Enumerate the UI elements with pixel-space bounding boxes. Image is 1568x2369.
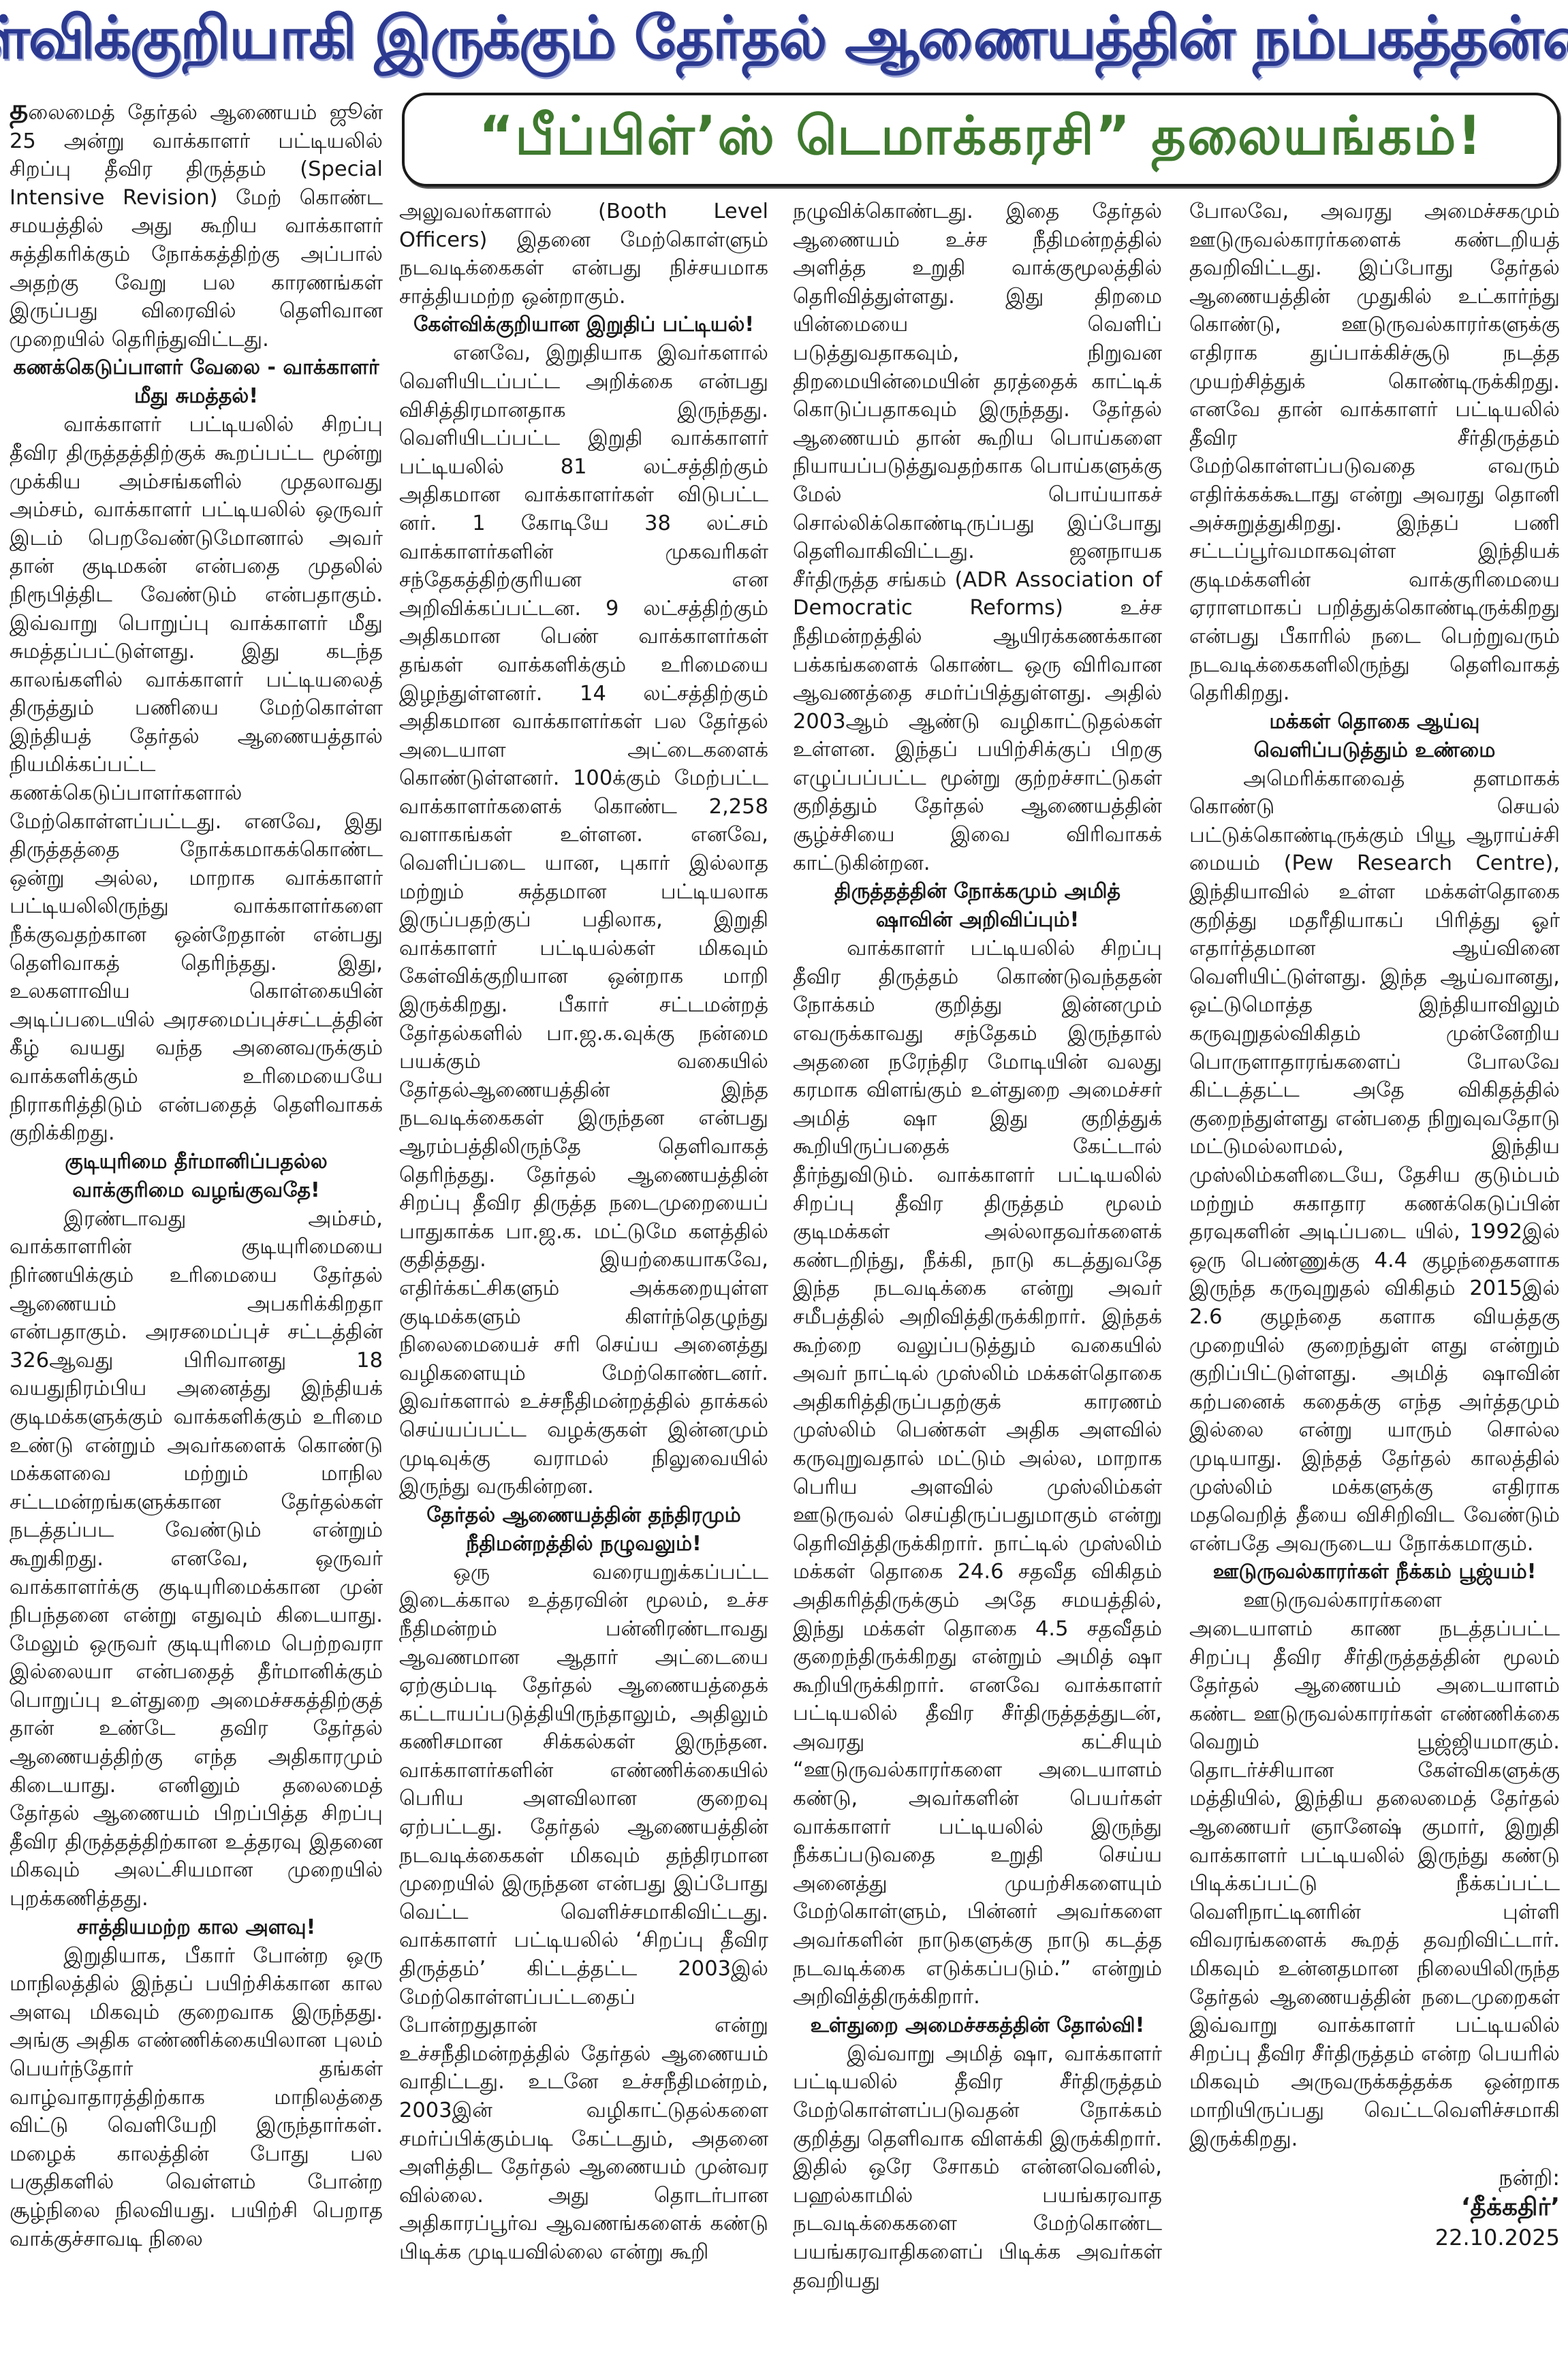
body-paragraph: இறுதியாக, பீகார் போன்ற ஒரு மாநிலத்தில் இ…: [10, 1942, 383, 2254]
section-heading: சாத்தியமற்ற கால அளவு!: [10, 1913, 383, 1942]
body-paragraph: அமெரிக்காவைத் தளமாகக் கொண்டு செயல் பட்டு…: [1189, 765, 1560, 1558]
section-heading: ஊடுருவல்காரர்கள் நீக்கம் பூஜ்யம்!: [1189, 1558, 1560, 1586]
body-paragraph-continued: அலுவலர்களால் (Booth Level Officers) இதனை…: [399, 198, 768, 311]
credit-source: ‘தீக்கதிர்’: [1189, 2193, 1560, 2223]
lead-paragraph: தலைமைத் தேர்தல் ஆணையம் ஜூன் 25 அன்று வாக…: [10, 95, 383, 354]
section-heading: திருத்தத்தின் நோக்கமும் அமித் ஷாவின் அறி…: [793, 877, 1162, 935]
section-heading: உள்துறை அமைச்சகத்தின் தோல்வி!: [793, 2011, 1162, 2040]
body-paragraph: ஊடுருவல்காரர்களை அடையாளம் காண நடத்தப்பட்…: [1189, 1586, 1560, 2153]
body-paragraph: வாக்காளர் பட்டியலில் சிறப்பு தீவிர திருத…: [10, 411, 383, 1147]
section-heading: கேள்விக்குறியான இறுதிப் பட்டியல்!: [399, 311, 768, 339]
section-heading: குடியுரிமை தீர்மானிப்பதல்ல வாக்குரிமை வழ…: [10, 1148, 383, 1205]
section-heading: மக்கள் தொகை ஆய்வு வெளிப்படுத்தும் உண்மை: [1189, 708, 1560, 765]
article-column-2: அலுவலர்களால் (Booth Level Officers) இதனை…: [399, 198, 768, 2267]
credit-date: 22.10.2025: [1189, 2223, 1560, 2253]
body-paragraph: இவ்வாறு அமித் ஷா, வாக்காளர் பட்டியலில் த…: [793, 2040, 1162, 2295]
article-column-4: போலவே, அவரது அமைச்சகமும் ஊடுருவல்காரர்கள…: [1189, 198, 1560, 2253]
body-paragraph-continued: போலவே, அவரது அமைச்சகமும் ஊடுருவல்காரர்கள…: [1189, 198, 1560, 708]
body-paragraph: வாக்காளர் பட்டியலில் சிறப்பு தீவிர திருத…: [793, 935, 1162, 2011]
body-paragraph: இரண்டாவது அம்சம், வாக்காளரின் குடியுரிமை…: [10, 1205, 383, 1913]
credit-thanks: நன்றி:: [1189, 2163, 1560, 2193]
section-heading: தேர்தல் ஆணையத்தின் தந்திரமும் நீதிமன்றத்…: [399, 1501, 768, 1558]
section-heading: கணக்கெடுப்பாளர் வேலை - வாக்காளர் மீது சு…: [10, 354, 383, 411]
page-headline: கேள்விக்குறியாகி இருக்கும் தேர்தல் ஆணையத…: [0, 0, 1568, 83]
drop-cap: த: [10, 93, 28, 126]
article-column-1: தலைமைத் தேர்தல் ஆணையம் ஜூன் 25 அன்று வாக…: [10, 95, 383, 2253]
body-paragraph: ஒரு வரையறுக்கப்பட்ட இடைக்கால உத்தரவின் ம…: [399, 1558, 768, 2267]
article-column-3: நழுவிக்கொண்டது. இதை தேர்தல் ஆணையம் உச்ச …: [793, 198, 1162, 2295]
body-paragraph: எனவே, இறுதியாக இவர்களால் வெளியிடப்பட்ட அ…: [399, 339, 768, 1501]
body-paragraph-continued: நழுவிக்கொண்டது. இதை தேர்தல் ஆணையம் உச்ச …: [793, 198, 1162, 877]
source-credit: நன்றி: ‘தீக்கதிர்’ 22.10.2025: [1189, 2163, 1560, 2253]
editorial-banner: “பீப்பிள்’ஸ் டெமாக்கரசி” தலையங்கம்!: [402, 93, 1560, 187]
